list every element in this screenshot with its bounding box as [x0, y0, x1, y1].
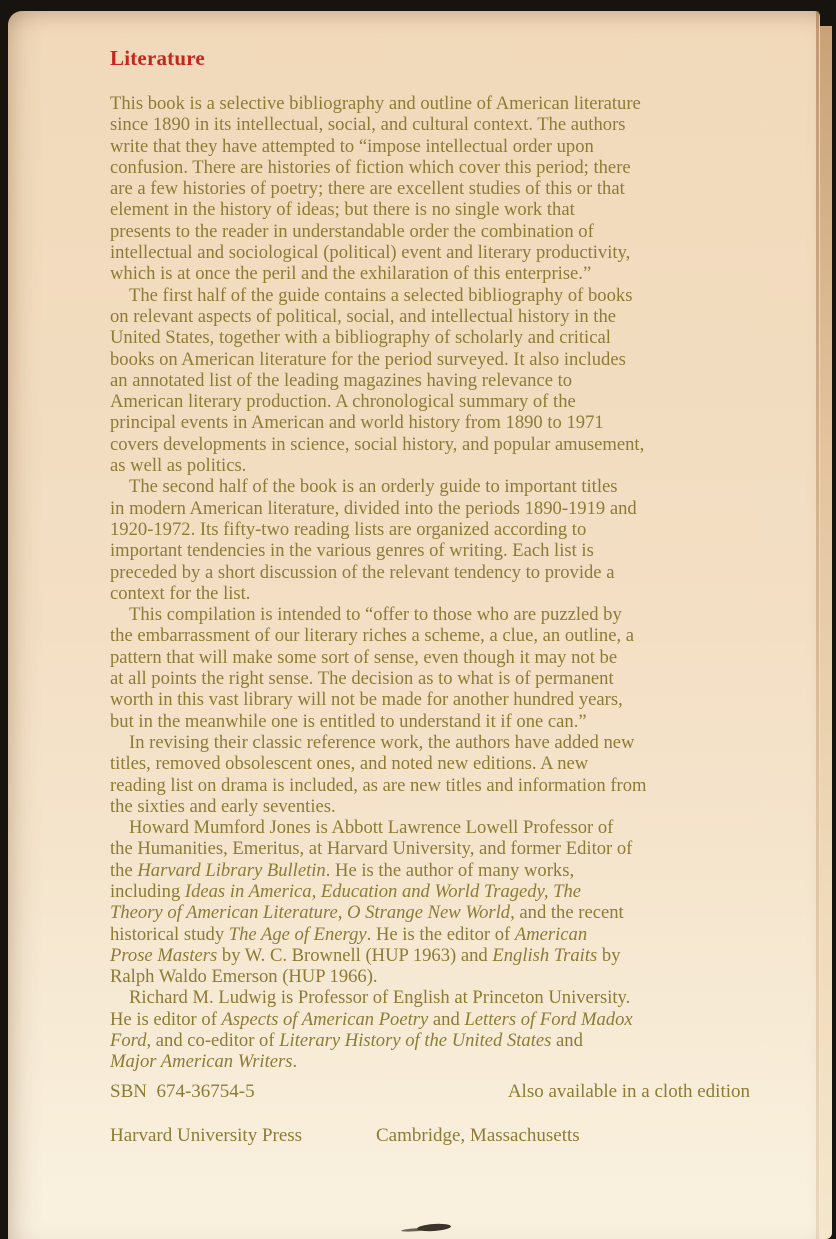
italic-run: Major American Writers: [110, 1051, 293, 1072]
paragraph: Howard Mumford Jones is Abbott Lawrence …: [110, 817, 790, 987]
italic-run: Literary History of the United States: [279, 1030, 551, 1051]
text-run: The second half of the book is an orderl…: [110, 476, 637, 603]
body-text: This book is a selective bibliography an…: [110, 93, 790, 1073]
italic-run: Aspects of American Poetry: [222, 1009, 429, 1030]
paragraph: The second half of the book is an orderl…: [110, 476, 790, 604]
text-run: by W. C. Brownell (HUP 1963) and: [217, 945, 492, 966]
text-run: This book is a selective bibliography an…: [110, 93, 641, 284]
text-run: This compilation is intended to “offer t…: [110, 604, 634, 731]
text-run: and: [551, 1030, 583, 1051]
sbn-code: SBN 674-36754-5: [110, 1081, 255, 1103]
paragraph: This book is a selective bibliography an…: [110, 93, 790, 285]
cover-edge-crease: [816, 11, 819, 1239]
publisher-name: Harvard University Press: [110, 1125, 376, 1147]
paragraph: The first half of the guide contains a s…: [110, 285, 790, 477]
text-run: The first half of the guide contains a s…: [110, 285, 644, 476]
cloth-edition-note: Also available in a cloth edition: [508, 1081, 750, 1103]
text-run: In revising their classic reference work…: [110, 732, 647, 817]
text-run: , and co-editor of: [147, 1030, 280, 1051]
footer-row-sbn: SBN 674-36754-5 Also available in a clot…: [110, 1081, 750, 1103]
publisher-location: Cambridge, Massachusetts: [376, 1125, 580, 1147]
text-run: . He is the editor of: [367, 924, 515, 945]
footer-row-publisher: Harvard University Press Cambridge, Mass…: [110, 1125, 750, 1147]
text-run: and: [428, 1009, 464, 1030]
text-run: .: [293, 1051, 298, 1072]
paragraph: This compilation is intended to “offer t…: [110, 604, 790, 732]
italic-run: English Traits: [492, 945, 597, 966]
category-label: Literature: [110, 46, 205, 71]
italic-run: The Age of Energy: [229, 924, 367, 945]
paragraph: In revising their classic reference work…: [110, 732, 790, 817]
italic-run: Harvard Library Bulletin: [137, 860, 325, 881]
paragraph: Richard M. Ludwig is Professor of Englis…: [110, 987, 790, 1072]
backdrop: Literature This book is a selective bibl…: [0, 0, 836, 1239]
